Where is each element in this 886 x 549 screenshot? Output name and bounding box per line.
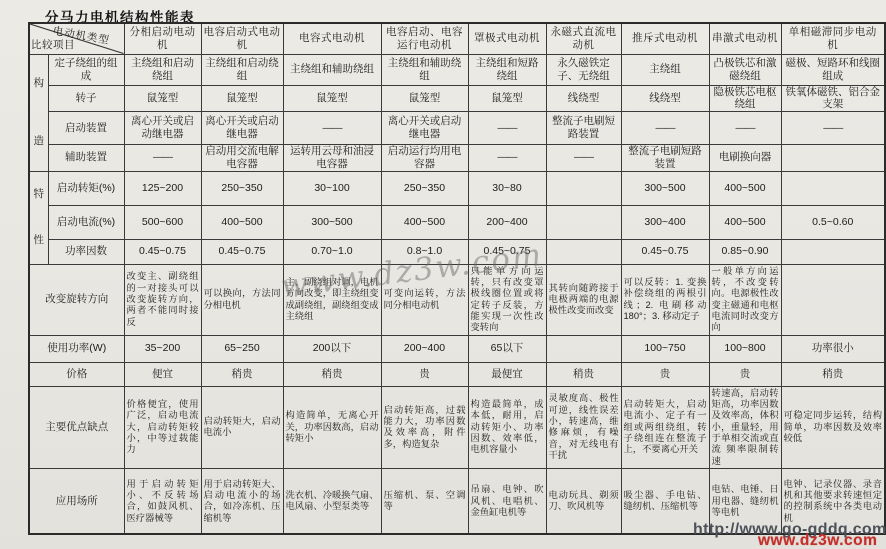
table-cell: 电刷换向器 [709, 145, 781, 172]
table-cell: 启动转矩高，过载能力大，功率因数及效率高，附件多，构造复杂 [381, 386, 468, 468]
table-cell: 贵 [381, 362, 468, 386]
table-cell: —— [546, 145, 621, 172]
table-cell: 300~400 [621, 205, 709, 239]
table-cell: 0.45~0.75 [124, 239, 201, 264]
table-cell: 整流子电刷短路装置 [546, 112, 621, 145]
table-cell: 用于启动转矩小、不反转场合，如鼓风机、医疗器械等 [124, 468, 201, 534]
row-label: 功率因数 [48, 239, 124, 264]
table-cell [781, 239, 885, 264]
table-cell: 30~100 [283, 171, 381, 205]
row-label: 应用场所 [29, 468, 124, 534]
table-cell: —— [621, 112, 709, 145]
row-label: 启动转矩(%) [48, 171, 124, 205]
table-cell: 主、副绕组对调，电机方向改变，即主绕组变成副绕组，副绕组变成主绕组 [283, 264, 381, 335]
table-cell: 100~800 [709, 335, 781, 362]
table-cell: 400~500 [709, 205, 781, 239]
table-cell: 主绕组和辅助绕组 [283, 54, 381, 85]
row-label: 改变旋转方向 [29, 264, 124, 335]
table-cell [546, 205, 621, 239]
table-cell: 启动转矩大，启动电流小 [201, 386, 283, 468]
table-cell [781, 171, 885, 205]
row-group-label: 构造 [29, 54, 48, 171]
column-header: 罩极式电动机 [468, 23, 546, 54]
table-cell: 250~350 [201, 171, 283, 205]
table-cell: —— [468, 145, 546, 172]
table-cell: 可以换向，方法同分相电机 [201, 264, 283, 335]
table-cell: 主绕组 [621, 54, 709, 85]
table-cell [546, 171, 621, 205]
table-cell: 隐极铁芯电枢绕组 [709, 85, 781, 112]
table-cell: 启动运行均用电容器 [381, 145, 468, 172]
table-cell: 离心开关或启动继电器 [381, 112, 468, 145]
table-cell: 鼠笼型 [201, 85, 283, 112]
table-cell: 线绕型 [621, 85, 709, 112]
table-cell: 灵敏度高、极性可逆，线性误差小，转速高，维修麻烦，有噪音，对无线电有干扰 [546, 386, 621, 468]
table-cell: —— [283, 112, 381, 145]
table-cell: 65以下 [468, 335, 546, 362]
column-header: 串激式电动机 [709, 23, 781, 54]
table-cell: 125~200 [124, 171, 201, 205]
table-cell: 磁极、短路环和线圈组成 [781, 54, 885, 85]
row-label: 使用功率(W) [29, 335, 124, 362]
column-header: 分相启动电动机 [124, 23, 201, 54]
table-cell: 鼠笼型 [381, 85, 468, 112]
table-cell [781, 264, 885, 335]
row-label: 启动电流(%) [48, 205, 124, 239]
table-cell: 贵 [621, 362, 709, 386]
table-cell: 其转向随跨接于电极两端的电源极性改变而改变 [546, 264, 621, 335]
motor-comparison-table: 电动机类型比较项目分相启动电动机电容启动式电动机电容式电动机电容启动、电容运行电… [28, 22, 886, 535]
table-cell: 铁氧体磁铁、铝合金支架 [781, 85, 885, 112]
table-cell: 一般单方向运转，不改变转向。电源极性改变主磁通和电枢电流同时改变方向 [709, 264, 781, 335]
table-cell: 250~350 [381, 171, 468, 205]
table-cell: 主绕组和启动绕组 [124, 54, 201, 85]
table-cell [781, 145, 885, 172]
table-cell: 可稳定同步运转，结构简单，功率因数及效率较低 [781, 386, 885, 468]
row-label: 转子 [48, 85, 124, 112]
table-cell: —— [709, 112, 781, 145]
table-cell: 0.45~0.75 [468, 239, 546, 264]
row-group-label: 特性 [29, 171, 48, 264]
table-cell: 稍贵 [781, 362, 885, 386]
row-label: 启动装置 [48, 112, 124, 145]
table-cell: 35~200 [124, 335, 201, 362]
table-cell: —— [781, 112, 885, 145]
table-cell: 只能单方向运转，只有改变罩极线圈位置或将定转子反装，方能实现一次性改变转向 [468, 264, 546, 335]
column-header: 电容式电动机 [283, 23, 381, 54]
table-cell: 30~80 [468, 171, 546, 205]
table-cell: 300~500 [621, 171, 709, 205]
column-header: 电容启动式电动机 [201, 23, 283, 54]
column-header: 单相磁滞同步电动机 [781, 23, 885, 54]
table-cell: 鼠笼型 [468, 85, 546, 112]
column-header: 永磁式直流电动机 [546, 23, 621, 54]
table-cell: 离心开关或启动继电器 [201, 112, 283, 145]
table-cell: 0.45~0.75 [621, 239, 709, 264]
table-cell: 改变主、副绕组的一对接头可以改变旋转方向，两者不能同时接反 [124, 264, 201, 335]
table-cell: 整流子电刷短路装置 [621, 145, 709, 172]
table-cell: 离心开关或启动继电器 [124, 112, 201, 145]
table-cell: 可变向运转，方法同分相电动机 [381, 264, 468, 335]
table-cell: 0.8~1.0 [381, 239, 468, 264]
table-cell: 400~500 [201, 205, 283, 239]
row-label: 定子绕组的组成 [48, 54, 124, 85]
table-cell: 可以反转：1. 变换补偿绕组的两根引线；2. 电刷移动180°；3. 移动定子 [621, 264, 709, 335]
table-cell: 0.5~0.60 [781, 205, 885, 239]
table-cell [546, 335, 621, 362]
table-cell: —— [124, 145, 201, 172]
row-label: 主要优点缺点 [29, 386, 124, 468]
table-cell: 运转用云母和油浸电容器 [283, 145, 381, 172]
table-cell: —— [468, 112, 546, 145]
table-cell: 启动用交流电解电容器 [201, 145, 283, 172]
table-cell: 65~250 [201, 335, 283, 362]
row-label: 价格 [29, 362, 124, 386]
bottom-red-watermark: www.dz3w.com [758, 532, 877, 549]
table-cell: 便宜 [124, 362, 201, 386]
table-cell: 500~600 [124, 205, 201, 239]
table-cell: 200~400 [468, 205, 546, 239]
table-cell: 功率很小 [781, 335, 885, 362]
table-cell: 主绕组和辅助绕组 [381, 54, 468, 85]
column-header: 推斥式电动机 [621, 23, 709, 54]
table-cell: 构造最简单，成本低，耐用，启动转矩小、功率因数、效率低，电机容量小 [468, 386, 546, 468]
table-cell: 200~400 [381, 335, 468, 362]
table-cell: 启动转矩大，启动电流小、定子有一组或两组绕组，转子绕组连在整流子上，不要离心开关 [621, 386, 709, 468]
table-cell: 0.45~0.75 [201, 239, 283, 264]
table-cell: 0.70~1.0 [283, 239, 381, 264]
table-cell: 主绕组和短路绕组 [468, 54, 546, 85]
row-label: 辅助装置 [48, 145, 124, 172]
table-cell: 贵 [709, 362, 781, 386]
table-cell: 转速高，启动转矩高，功率因数及效率高，体积小，重量轻，用于单相交流或直流 频率限… [709, 386, 781, 468]
table-cell: 主绕组和启动绕组 [201, 54, 283, 85]
table-cell: 400~500 [709, 171, 781, 205]
table-cell: 价格便宜，使用广泛，启动电流大，启动转矩较小，中等过载能力 [124, 386, 201, 468]
table-cell: 构造简单，无离心开关，功率因数高，启动转矩小 [283, 386, 381, 468]
table-cell: 凸极铁芯和激磁绕组 [709, 54, 781, 85]
table-cell: 鼠笼型 [283, 85, 381, 112]
table-cell: 电动玩具、剃须刀、吹风机等 [546, 468, 621, 534]
table-cell: 稍贵 [283, 362, 381, 386]
table-cell [546, 239, 621, 264]
table-cell: 最便宜 [468, 362, 546, 386]
column-header: 电容启动、电容运行电动机 [381, 23, 468, 54]
table-cell: 稍贵 [546, 362, 621, 386]
table-cell: 100~750 [621, 335, 709, 362]
table-cell: 吊扇、电钟、吹风机、电唱机、金鱼缸电机等 [468, 468, 546, 534]
table-cell: 400~500 [381, 205, 468, 239]
table-cell: 300~500 [283, 205, 381, 239]
table-cell: 0.85~0.90 [709, 239, 781, 264]
table-cell: 稍贵 [201, 362, 283, 386]
table-cell: 线绕型 [546, 85, 621, 112]
table-cell: 200以下 [283, 335, 381, 362]
table-corner-cell: 电动机类型比较项目 [29, 23, 124, 54]
table-cell: 鼠笼型 [124, 85, 201, 112]
table-cell: 永久磁铁定子、无绕组 [546, 54, 621, 85]
table-cell: 压缩机、泵、空调等 [381, 468, 468, 534]
table-cell: 洗衣机、冷暖换气扇、电风扇、小型泵类等 [283, 468, 381, 534]
table-cell: 用于启动转矩大、启动电流小的场合，如冷冻机、压缩机等 [201, 468, 283, 534]
scanned-document-page: 分马力电机结构性能表 电动机类型比较项目分相启动电动机电容启动式电动机电容式电动… [0, 0, 886, 549]
corner-bottom-label: 比较项目 [31, 39, 75, 52]
